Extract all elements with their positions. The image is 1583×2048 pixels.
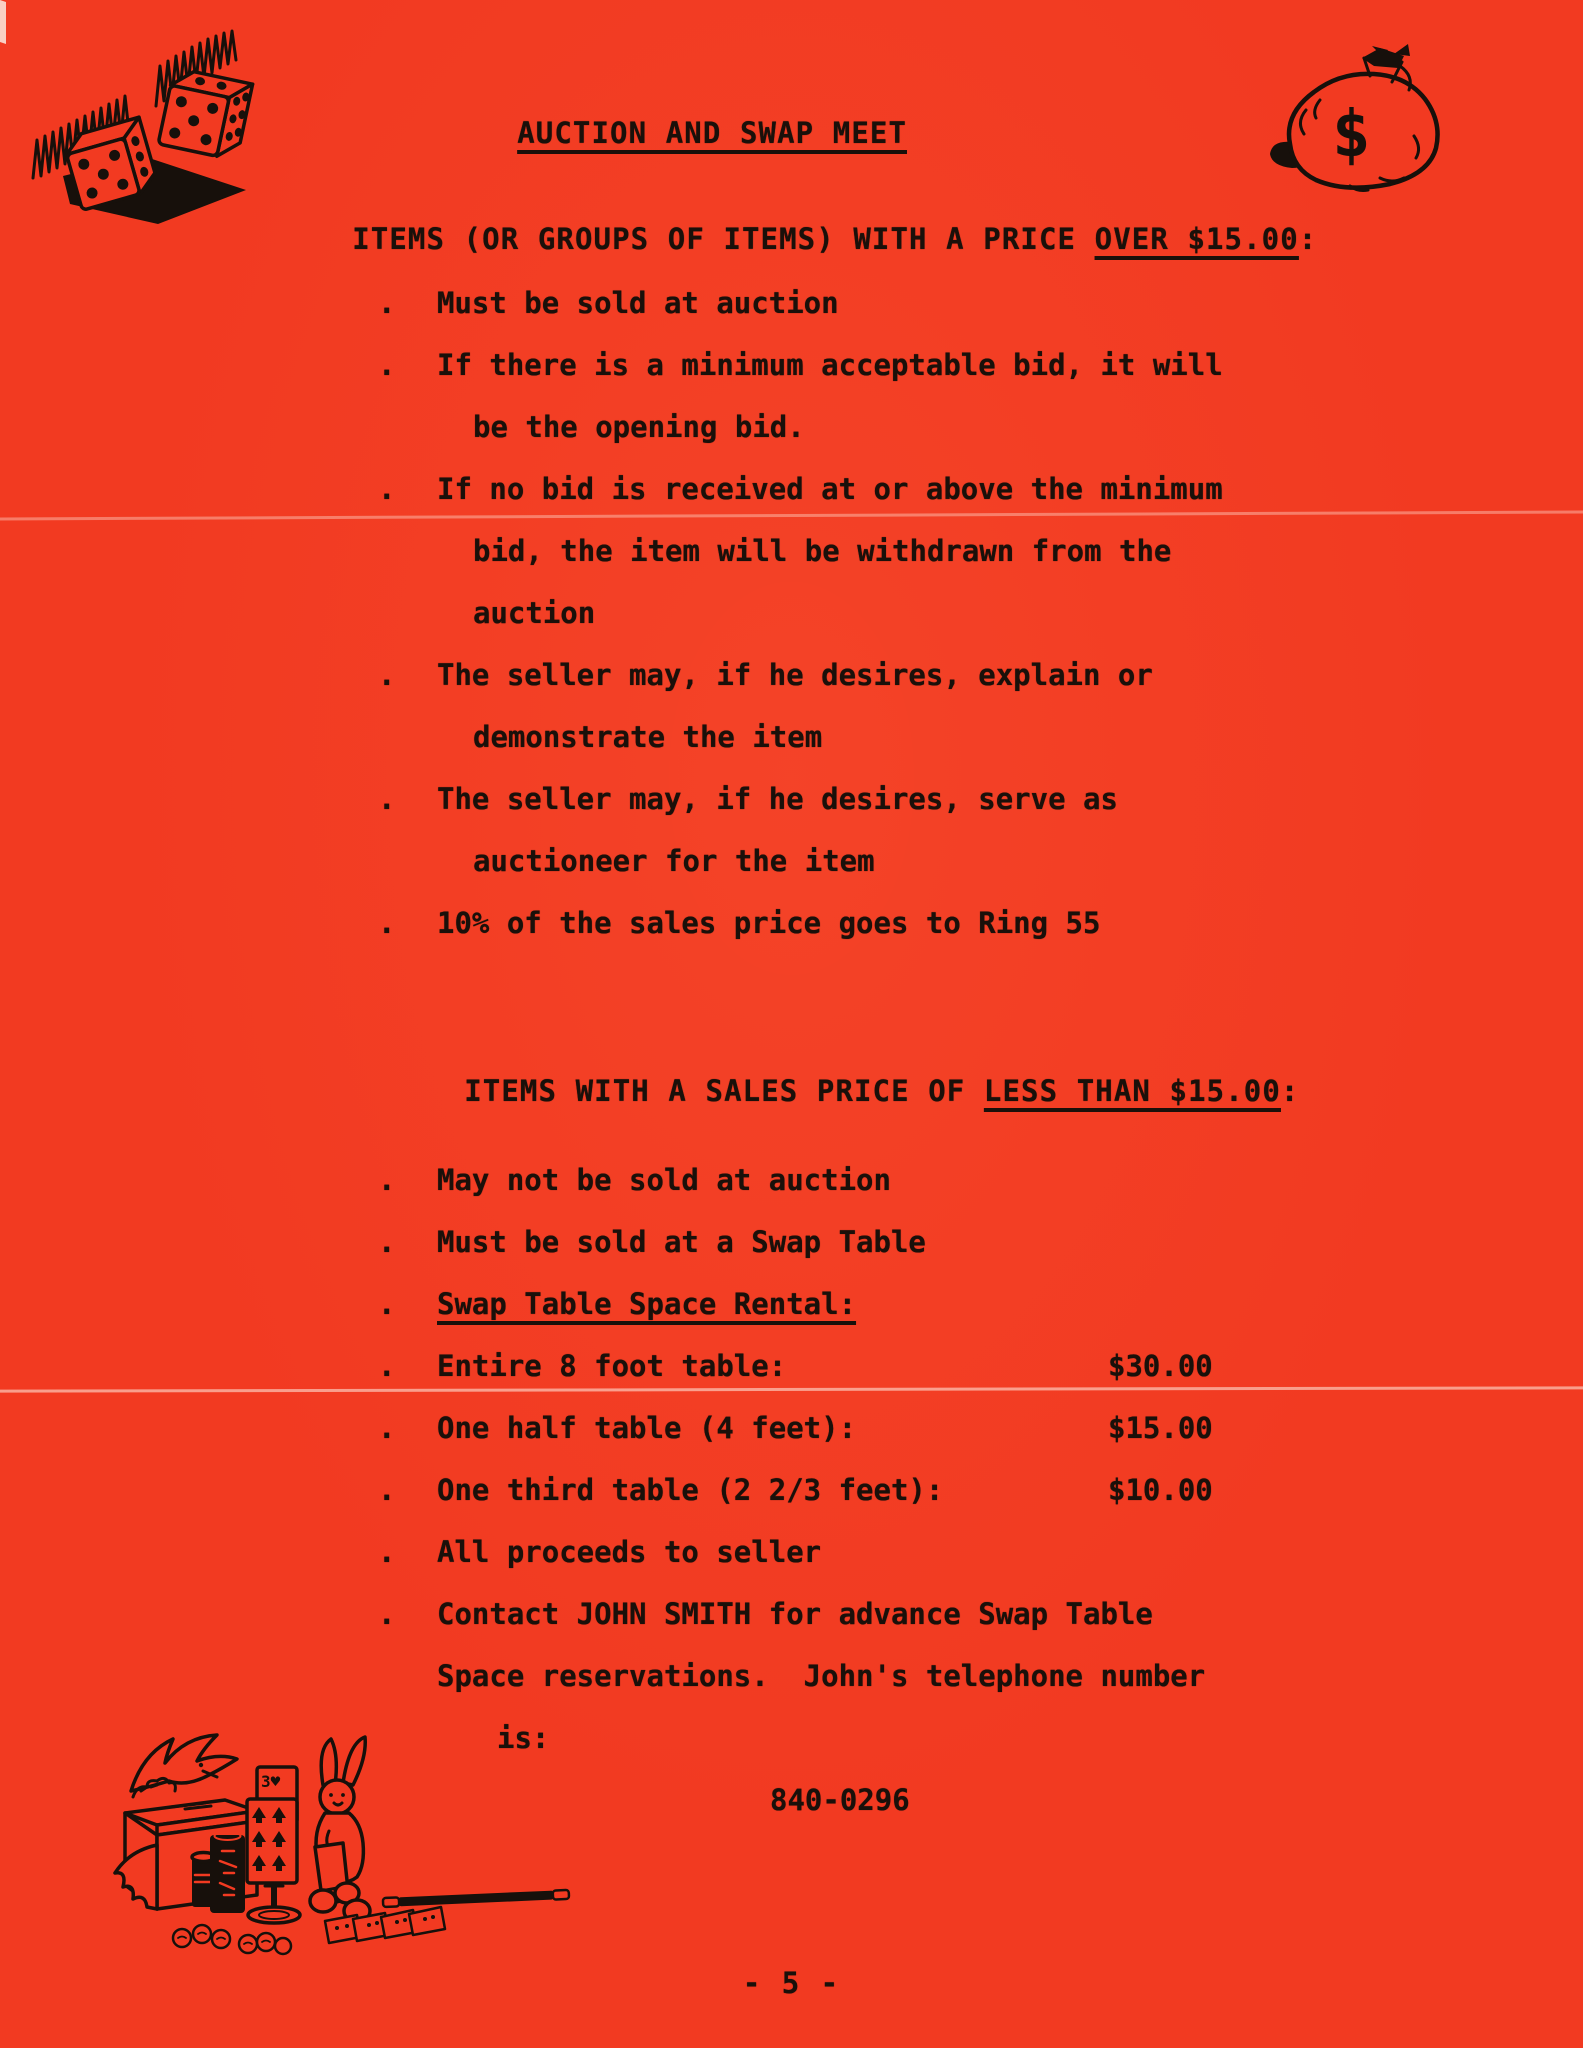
dice-icon <box>8 28 268 233</box>
bullet-dot: . <box>378 1397 437 1459</box>
rental-option-label: One half table (4 feet): <box>437 1397 1108 1459</box>
bullet-dot: . <box>378 1149 437 1211</box>
scanned-flyer-page: $ AUCTION AND SWAP MEET ITEMS (OR GROUPS… <box>0 0 1583 2048</box>
card-label: 3♥ <box>261 1772 281 1791</box>
scan-edge-artifact <box>0 0 6 44</box>
list-item: . 10% of the sales price goes to Ring 55 <box>378 892 1538 954</box>
list-item: . Must be sold at auction <box>378 272 1538 334</box>
list-item: . All proceeds to seller <box>378 1521 1538 1583</box>
bullet-dot: . <box>378 1521 437 1583</box>
list-item: . The seller may, if he desires, explain… <box>378 644 1538 768</box>
rental-price-row: . Entire 8 foot table: $30.00 <box>378 1335 1538 1397</box>
rental-option-label: Entire 8 foot table: <box>437 1335 1108 1397</box>
list-item: . May not be sold at auction <box>378 1149 1538 1211</box>
rental-option-price: $30.00 <box>1108 1335 1213 1397</box>
magic-props-icon: 3♥ <box>85 1695 585 1960</box>
bullet-dot: . <box>378 1335 437 1397</box>
over-15-rules-list: . Must be sold at auction . If there is … <box>378 272 1538 954</box>
list-item: . If no bid is received at or above the … <box>378 458 1538 644</box>
page-title-text: AUCTION AND SWAP MEET <box>517 116 907 150</box>
rental-option-price: $10.00 <box>1108 1459 1213 1521</box>
list-item: . If there is a minimum acceptable bid, … <box>378 334 1538 458</box>
bullet-dot: . <box>378 458 437 520</box>
list-item: . Must be sold at a Swap Table <box>378 1211 1538 1273</box>
bullet-dot: . <box>378 272 437 334</box>
rental-price-row: . One half table (4 feet): $15.00 <box>378 1397 1538 1459</box>
page-number: - 5 - <box>0 1966 1583 2000</box>
swap-table-rental-heading: Swap Table Space Rental: <box>437 1273 856 1335</box>
section-heading-under-15: ITEMS WITH A SALES PRICE OF LESS THAN $1… <box>390 1040 1299 1142</box>
bullet-dot: . <box>378 1211 437 1273</box>
bullet-dot: . <box>378 768 437 830</box>
rental-price-row: . One third table (2 2/3 feet): $10.00 <box>378 1459 1538 1521</box>
bullet-dot: . <box>378 1583 437 1645</box>
phone-number: 840-0296 <box>770 1769 1538 1831</box>
bullet-dot: . <box>378 644 437 706</box>
page-title: AUCTION AND SWAP MEET <box>443 82 907 184</box>
dollar-sign: $ <box>1332 98 1371 172</box>
rental-option-label: One third table (2 2/3 feet): <box>437 1459 1108 1521</box>
list-item: . Swap Table Space Rental: <box>378 1273 1538 1335</box>
list-item: . The seller may, if he desires, serve a… <box>378 768 1538 892</box>
bullet-dot: . <box>378 1273 437 1335</box>
bullet-dot: . <box>378 1459 437 1521</box>
bullet-dot: . <box>378 334 437 396</box>
bullet-dot: . <box>378 892 437 954</box>
rental-option-price: $15.00 <box>1108 1397 1213 1459</box>
